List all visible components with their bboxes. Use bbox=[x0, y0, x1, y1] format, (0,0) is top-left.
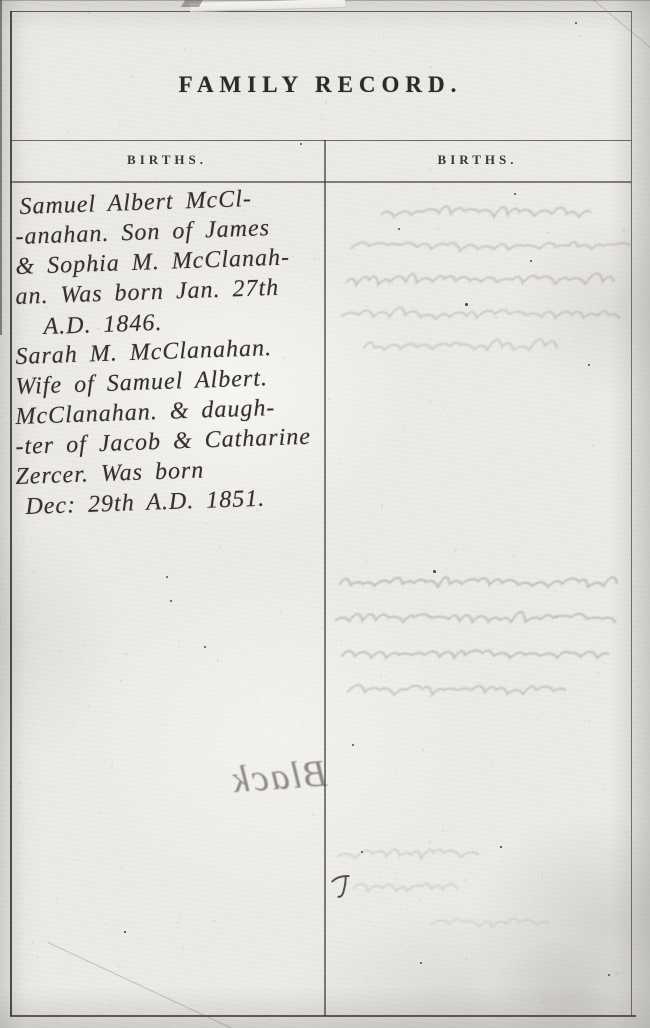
paper-speck bbox=[318, 683, 320, 685]
paper-speck bbox=[443, 408, 445, 410]
paper-speck bbox=[615, 972, 618, 975]
paper-speck bbox=[56, 897, 59, 900]
paper-speck bbox=[357, 313, 358, 314]
paper-speck bbox=[299, 47, 301, 49]
paper-speck bbox=[340, 640, 342, 642]
paper-speck bbox=[523, 320, 525, 322]
paper-speck bbox=[541, 700, 543, 702]
paper-speck bbox=[64, 664, 66, 666]
paper-speck bbox=[509, 536, 510, 537]
paper-speck bbox=[109, 1000, 111, 1002]
paper-speck bbox=[1, 862, 3, 864]
paper-speck bbox=[292, 99, 294, 101]
paper-speck bbox=[489, 571, 492, 574]
paper-speck bbox=[162, 884, 164, 886]
paper-speck bbox=[76, 149, 78, 151]
paper-speck bbox=[301, 725, 304, 728]
ink-speck bbox=[465, 303, 468, 306]
bleed-through-scribble bbox=[341, 264, 623, 298]
paper-speck bbox=[555, 976, 557, 978]
paper-speck bbox=[393, 439, 396, 442]
paper-speck bbox=[261, 69, 263, 71]
paper-speck bbox=[483, 983, 484, 984]
paper-speck bbox=[449, 1018, 451, 1020]
paper-speck bbox=[56, 899, 58, 901]
paper-speck bbox=[565, 553, 566, 554]
paper-speck bbox=[402, 399, 404, 401]
paper-speck bbox=[429, 400, 431, 402]
paper-speck bbox=[592, 444, 595, 447]
paper-speck bbox=[110, 758, 111, 759]
paper-speck bbox=[113, 895, 114, 896]
paper-speck bbox=[333, 628, 335, 630]
paper-speck bbox=[14, 667, 16, 669]
paper-speck bbox=[269, 1019, 271, 1021]
paper-speck bbox=[567, 697, 569, 699]
paper-speck bbox=[119, 125, 121, 127]
paper-speck bbox=[58, 751, 59, 752]
paper-speck bbox=[119, 966, 121, 968]
paper-speck bbox=[53, 791, 55, 793]
ink-speck bbox=[500, 846, 502, 848]
paper-speck bbox=[611, 867, 612, 868]
paper-speck bbox=[219, 682, 221, 684]
paper-speck bbox=[515, 686, 517, 688]
paper-speck bbox=[408, 323, 410, 325]
paper-speck bbox=[256, 698, 258, 700]
paper-speck bbox=[523, 55, 525, 57]
paper-speck bbox=[85, 884, 87, 886]
paper-speck bbox=[395, 770, 396, 771]
paper-speck bbox=[178, 646, 181, 649]
paper-speck bbox=[561, 538, 563, 540]
paper-speck bbox=[354, 663, 355, 664]
paper-speck bbox=[538, 446, 540, 448]
paper-speck bbox=[222, 931, 224, 933]
paper-speck bbox=[574, 353, 576, 355]
handwritten-birth-entries: Samuel Albert McCl- -anahan. Son of Jame… bbox=[16, 192, 334, 522]
paper-speck bbox=[191, 103, 193, 105]
paper-speck bbox=[632, 944, 634, 946]
paper-speck bbox=[283, 560, 285, 562]
paper-speck bbox=[429, 169, 431, 171]
paper-speck bbox=[36, 956, 38, 958]
paper-speck bbox=[148, 720, 149, 721]
paper-speck bbox=[444, 568, 446, 570]
paper-speck bbox=[57, 1018, 58, 1019]
paper-speck bbox=[204, 523, 207, 526]
paper-speck bbox=[354, 297, 356, 299]
paper-speck bbox=[250, 899, 252, 901]
paper-speck bbox=[570, 925, 572, 927]
paper-speck bbox=[368, 921, 370, 923]
paper-speck bbox=[458, 4, 460, 6]
paper-speck bbox=[401, 348, 402, 349]
paper-speck bbox=[280, 611, 282, 613]
paper-speck bbox=[182, 946, 184, 948]
paper-speck bbox=[539, 698, 540, 699]
paper-speck bbox=[622, 784, 624, 786]
ink-speck bbox=[170, 600, 172, 602]
paper-speck bbox=[67, 130, 69, 132]
paper-speck bbox=[84, 645, 86, 647]
paper-speck bbox=[495, 316, 498, 319]
paper-speck bbox=[480, 55, 482, 57]
ink-speck bbox=[166, 576, 168, 578]
scan-edge-line-left bbox=[0, 0, 2, 335]
paper-speck bbox=[567, 965, 570, 968]
paper-speck bbox=[399, 945, 401, 947]
paper-speck bbox=[356, 685, 357, 686]
paper-speck bbox=[27, 591, 28, 592]
paper-speck bbox=[374, 51, 376, 53]
paper-speck bbox=[550, 594, 552, 596]
paper-speck bbox=[353, 1008, 354, 1009]
paper-speck bbox=[183, 48, 186, 51]
paper-speck bbox=[513, 804, 515, 806]
page-border-top bbox=[10, 11, 631, 12]
paper-speck bbox=[638, 686, 640, 688]
paper-speck bbox=[362, 443, 364, 445]
paper-speck bbox=[406, 908, 408, 910]
paper-speck bbox=[634, 306, 636, 308]
paper-speck bbox=[468, 52, 469, 53]
paper-speck bbox=[286, 631, 288, 633]
ink-speck bbox=[420, 962, 422, 964]
paper-speck bbox=[603, 976, 604, 977]
paper-speck bbox=[390, 791, 391, 792]
paper-speck bbox=[362, 102, 363, 103]
paper-speck bbox=[165, 45, 167, 47]
paper-speck bbox=[596, 672, 598, 674]
paper-speck bbox=[142, 939, 144, 941]
paper-speck bbox=[410, 897, 411, 898]
paper-crease-top-right bbox=[591, 0, 650, 57]
paper-speck bbox=[389, 679, 391, 681]
paper-speck bbox=[381, 199, 383, 201]
paper-speck bbox=[219, 546, 221, 548]
paper-speck bbox=[134, 127, 136, 129]
paper-speck bbox=[537, 65, 539, 67]
column-header-births-right: BIRTHS. bbox=[324, 152, 631, 168]
paper-speck bbox=[613, 45, 615, 47]
paper-speck bbox=[315, 606, 317, 608]
paper-speck bbox=[506, 543, 507, 544]
paper-speck bbox=[192, 121, 194, 123]
paper-speck bbox=[284, 121, 285, 122]
paper-speck bbox=[55, 612, 56, 613]
paper-speck bbox=[383, 32, 385, 34]
ink-speck bbox=[575, 22, 577, 24]
paper-speck bbox=[643, 217, 644, 218]
paper-speck bbox=[463, 229, 465, 231]
paper-speck bbox=[642, 586, 643, 587]
paper-speck bbox=[340, 714, 341, 715]
paper-speck bbox=[171, 116, 173, 118]
paper-speck bbox=[164, 739, 165, 740]
paper-speck bbox=[463, 879, 466, 882]
paper-speck bbox=[159, 723, 161, 725]
paper-speck bbox=[395, 4, 397, 6]
ink-speck bbox=[588, 364, 590, 366]
paper-speck bbox=[625, 831, 628, 834]
paper-speck bbox=[220, 921, 221, 922]
paper-speck bbox=[400, 897, 402, 899]
paper-speck bbox=[236, 615, 237, 616]
ink-speck bbox=[124, 931, 126, 933]
paper-speck bbox=[347, 210, 349, 212]
paper-speck bbox=[319, 974, 321, 976]
paper-speck bbox=[392, 19, 393, 20]
paper-speck bbox=[394, 872, 396, 874]
paper-speck bbox=[488, 119, 489, 120]
paper-speck bbox=[516, 352, 517, 353]
paper-speck bbox=[555, 527, 556, 528]
paper-speck bbox=[469, 954, 470, 955]
paper-speck bbox=[469, 51, 470, 52]
ink-speck bbox=[300, 143, 302, 145]
paper-speck bbox=[430, 66, 432, 68]
paper-speck bbox=[77, 859, 79, 861]
paper-speck bbox=[120, 867, 122, 869]
paper-speck bbox=[491, 249, 493, 251]
paper-speck bbox=[66, 961, 67, 962]
paper-speck bbox=[381, 504, 383, 506]
paper-speck bbox=[419, 899, 421, 901]
paper-speck bbox=[87, 705, 90, 708]
paper-speck bbox=[115, 927, 117, 929]
page-title: FAMILY RECORD. bbox=[10, 72, 631, 98]
paper-speck bbox=[111, 765, 113, 767]
paper-speck bbox=[379, 875, 381, 877]
paper-speck bbox=[465, 957, 467, 959]
paper-speck bbox=[242, 651, 243, 652]
paper-speck bbox=[315, 828, 316, 829]
paper-speck bbox=[105, 923, 107, 925]
paper-speck bbox=[162, 49, 165, 52]
paper-speck bbox=[99, 812, 101, 814]
paper-speck bbox=[555, 615, 558, 618]
paper-speck bbox=[404, 886, 406, 888]
bleed-through-scribble bbox=[358, 330, 565, 364]
paper-speck bbox=[460, 935, 462, 937]
paper-speck bbox=[325, 101, 327, 103]
paper-speck bbox=[221, 665, 223, 667]
paper-speck bbox=[86, 25, 88, 27]
paper-speck bbox=[622, 229, 625, 232]
bleed-through-scribble bbox=[342, 674, 579, 708]
paper-speck bbox=[628, 462, 630, 464]
paper-speck bbox=[437, 227, 439, 229]
bleed-through-scribble bbox=[330, 602, 629, 636]
ink-speck bbox=[361, 851, 363, 853]
paper-speck bbox=[346, 65, 348, 67]
paper-speck bbox=[303, 870, 305, 872]
paper-speck bbox=[540, 987, 542, 989]
paper-speck bbox=[441, 735, 444, 738]
paper-speck bbox=[611, 853, 613, 855]
paper-speck bbox=[522, 137, 523, 138]
paper-speck bbox=[485, 677, 486, 678]
paper-speck bbox=[4, 727, 6, 729]
paper-speck bbox=[412, 174, 414, 176]
paper-speck bbox=[340, 462, 342, 464]
paper-speck bbox=[642, 269, 644, 271]
paper-speck bbox=[551, 686, 553, 688]
paper-speck bbox=[120, 680, 122, 682]
paper-speck bbox=[41, 45, 42, 46]
paper-speck bbox=[595, 899, 596, 900]
paper-speck bbox=[440, 710, 441, 711]
paper-speck bbox=[599, 439, 600, 440]
paper-speck bbox=[531, 345, 532, 346]
paper-speck bbox=[513, 554, 516, 557]
paper-speck bbox=[579, 35, 580, 36]
ink-speck bbox=[204, 646, 206, 648]
paper-speck bbox=[1, 416, 3, 418]
paper-speck bbox=[521, 474, 522, 475]
paper-speck bbox=[69, 921, 70, 922]
paper-speck bbox=[170, 688, 171, 689]
paper-speck bbox=[358, 617, 359, 618]
paper-speck bbox=[63, 130, 64, 131]
paper-speck bbox=[110, 595, 111, 596]
paper-speck bbox=[18, 114, 19, 115]
paper-speck bbox=[547, 232, 549, 234]
paper-speck bbox=[639, 139, 641, 141]
paper-speck bbox=[646, 473, 649, 476]
paper-speck bbox=[489, 958, 491, 960]
paper-speck bbox=[478, 682, 480, 684]
paper-speck bbox=[362, 300, 363, 301]
bleed-through-scribble bbox=[348, 870, 465, 904]
paper-speck bbox=[204, 128, 205, 129]
paper-speck bbox=[153, 564, 154, 565]
paper-speck bbox=[20, 660, 22, 662]
paper-speck bbox=[81, 665, 83, 667]
paper-speck bbox=[113, 591, 115, 593]
ink-speck bbox=[398, 228, 400, 230]
paper-speck bbox=[469, 660, 470, 661]
paper-speck bbox=[321, 118, 323, 120]
paper-speck bbox=[348, 192, 349, 193]
bleed-through-scribble bbox=[376, 196, 603, 230]
paper-speck bbox=[125, 653, 127, 655]
ink-speck bbox=[433, 570, 436, 573]
paper-speck bbox=[643, 985, 645, 987]
paper-speck bbox=[182, 831, 184, 833]
paper-speck bbox=[278, 524, 279, 525]
paper-speck bbox=[541, 712, 543, 714]
family-record-scan: FAMILY RECORD. BIRTHS. BIRTHS. Samuel Al… bbox=[0, 0, 650, 1028]
paper-speck bbox=[427, 253, 429, 255]
paper-speck bbox=[333, 695, 335, 697]
paper-speck bbox=[624, 984, 625, 985]
paper-speck bbox=[589, 720, 591, 722]
paper-speck bbox=[177, 922, 179, 924]
paper-speck bbox=[380, 676, 382, 678]
paper-speck bbox=[593, 119, 595, 121]
paper-speck bbox=[336, 842, 338, 844]
paper-speck bbox=[213, 865, 216, 868]
paper-speck bbox=[487, 308, 488, 309]
paper-speck bbox=[471, 734, 472, 735]
paper-speck bbox=[22, 537, 25, 540]
paper-speck bbox=[392, 188, 393, 189]
paper-speck bbox=[313, 690, 315, 692]
paper-speck bbox=[180, 30, 182, 32]
paper-speck bbox=[439, 363, 441, 365]
paper-speck bbox=[403, 428, 405, 430]
ink-speck bbox=[530, 260, 532, 262]
paper-speck bbox=[33, 570, 35, 572]
bleed-through-scribble bbox=[426, 906, 553, 940]
paper-speck bbox=[234, 523, 236, 525]
ink-speck bbox=[608, 974, 610, 976]
bleed-through-scribble bbox=[346, 230, 633, 264]
bleed-through-scribble bbox=[336, 638, 623, 672]
paper-speck bbox=[584, 926, 586, 928]
paper-speck bbox=[540, 1001, 543, 1004]
paper-speck bbox=[19, 782, 21, 784]
paper-speck bbox=[40, 529, 41, 530]
paper-speck bbox=[312, 814, 314, 816]
paper-speck bbox=[320, 626, 322, 628]
bleed-through-scribble bbox=[336, 298, 633, 332]
paper-speck bbox=[22, 830, 24, 832]
paper-speck bbox=[338, 459, 340, 461]
paper-speck bbox=[207, 643, 208, 644]
paper-speck bbox=[32, 942, 35, 945]
paper-speck bbox=[478, 16, 480, 18]
paper-speck bbox=[575, 517, 576, 518]
paper-speck bbox=[426, 617, 427, 618]
paper-speck bbox=[217, 660, 219, 662]
header-rule-top bbox=[10, 140, 631, 141]
page-border-right bbox=[631, 11, 632, 1016]
paper-speck bbox=[445, 812, 446, 813]
paper-speck bbox=[58, 1017, 60, 1019]
paper-speck bbox=[433, 188, 435, 190]
paper-speck bbox=[279, 965, 280, 966]
paper-speck bbox=[436, 212, 437, 213]
paper-speck bbox=[442, 830, 444, 832]
paper-speck bbox=[112, 609, 114, 611]
paper-speck bbox=[59, 650, 61, 652]
column-header-births-left: BIRTHS. bbox=[10, 152, 324, 168]
paper-speck bbox=[452, 276, 453, 277]
paper-speck bbox=[209, 747, 211, 749]
ink-speck bbox=[514, 193, 516, 195]
paper-speck bbox=[415, 605, 417, 607]
paper-speck bbox=[362, 1012, 364, 1014]
paper-speck bbox=[331, 935, 333, 937]
paper-speck bbox=[95, 634, 97, 636]
paper-speck bbox=[439, 795, 441, 797]
paper-speck bbox=[425, 605, 427, 607]
paper-speck bbox=[122, 7, 124, 9]
paper-speck bbox=[422, 748, 424, 750]
paper-speck bbox=[265, 741, 266, 742]
paper-speck bbox=[588, 377, 590, 379]
paper-speck bbox=[170, 705, 172, 707]
paper-speck bbox=[617, 779, 618, 780]
paper-speck bbox=[39, 175, 42, 178]
paper-speck bbox=[454, 549, 457, 552]
paper-speck bbox=[55, 663, 57, 665]
paper-speck bbox=[579, 1012, 580, 1013]
paper-speck bbox=[100, 50, 102, 52]
